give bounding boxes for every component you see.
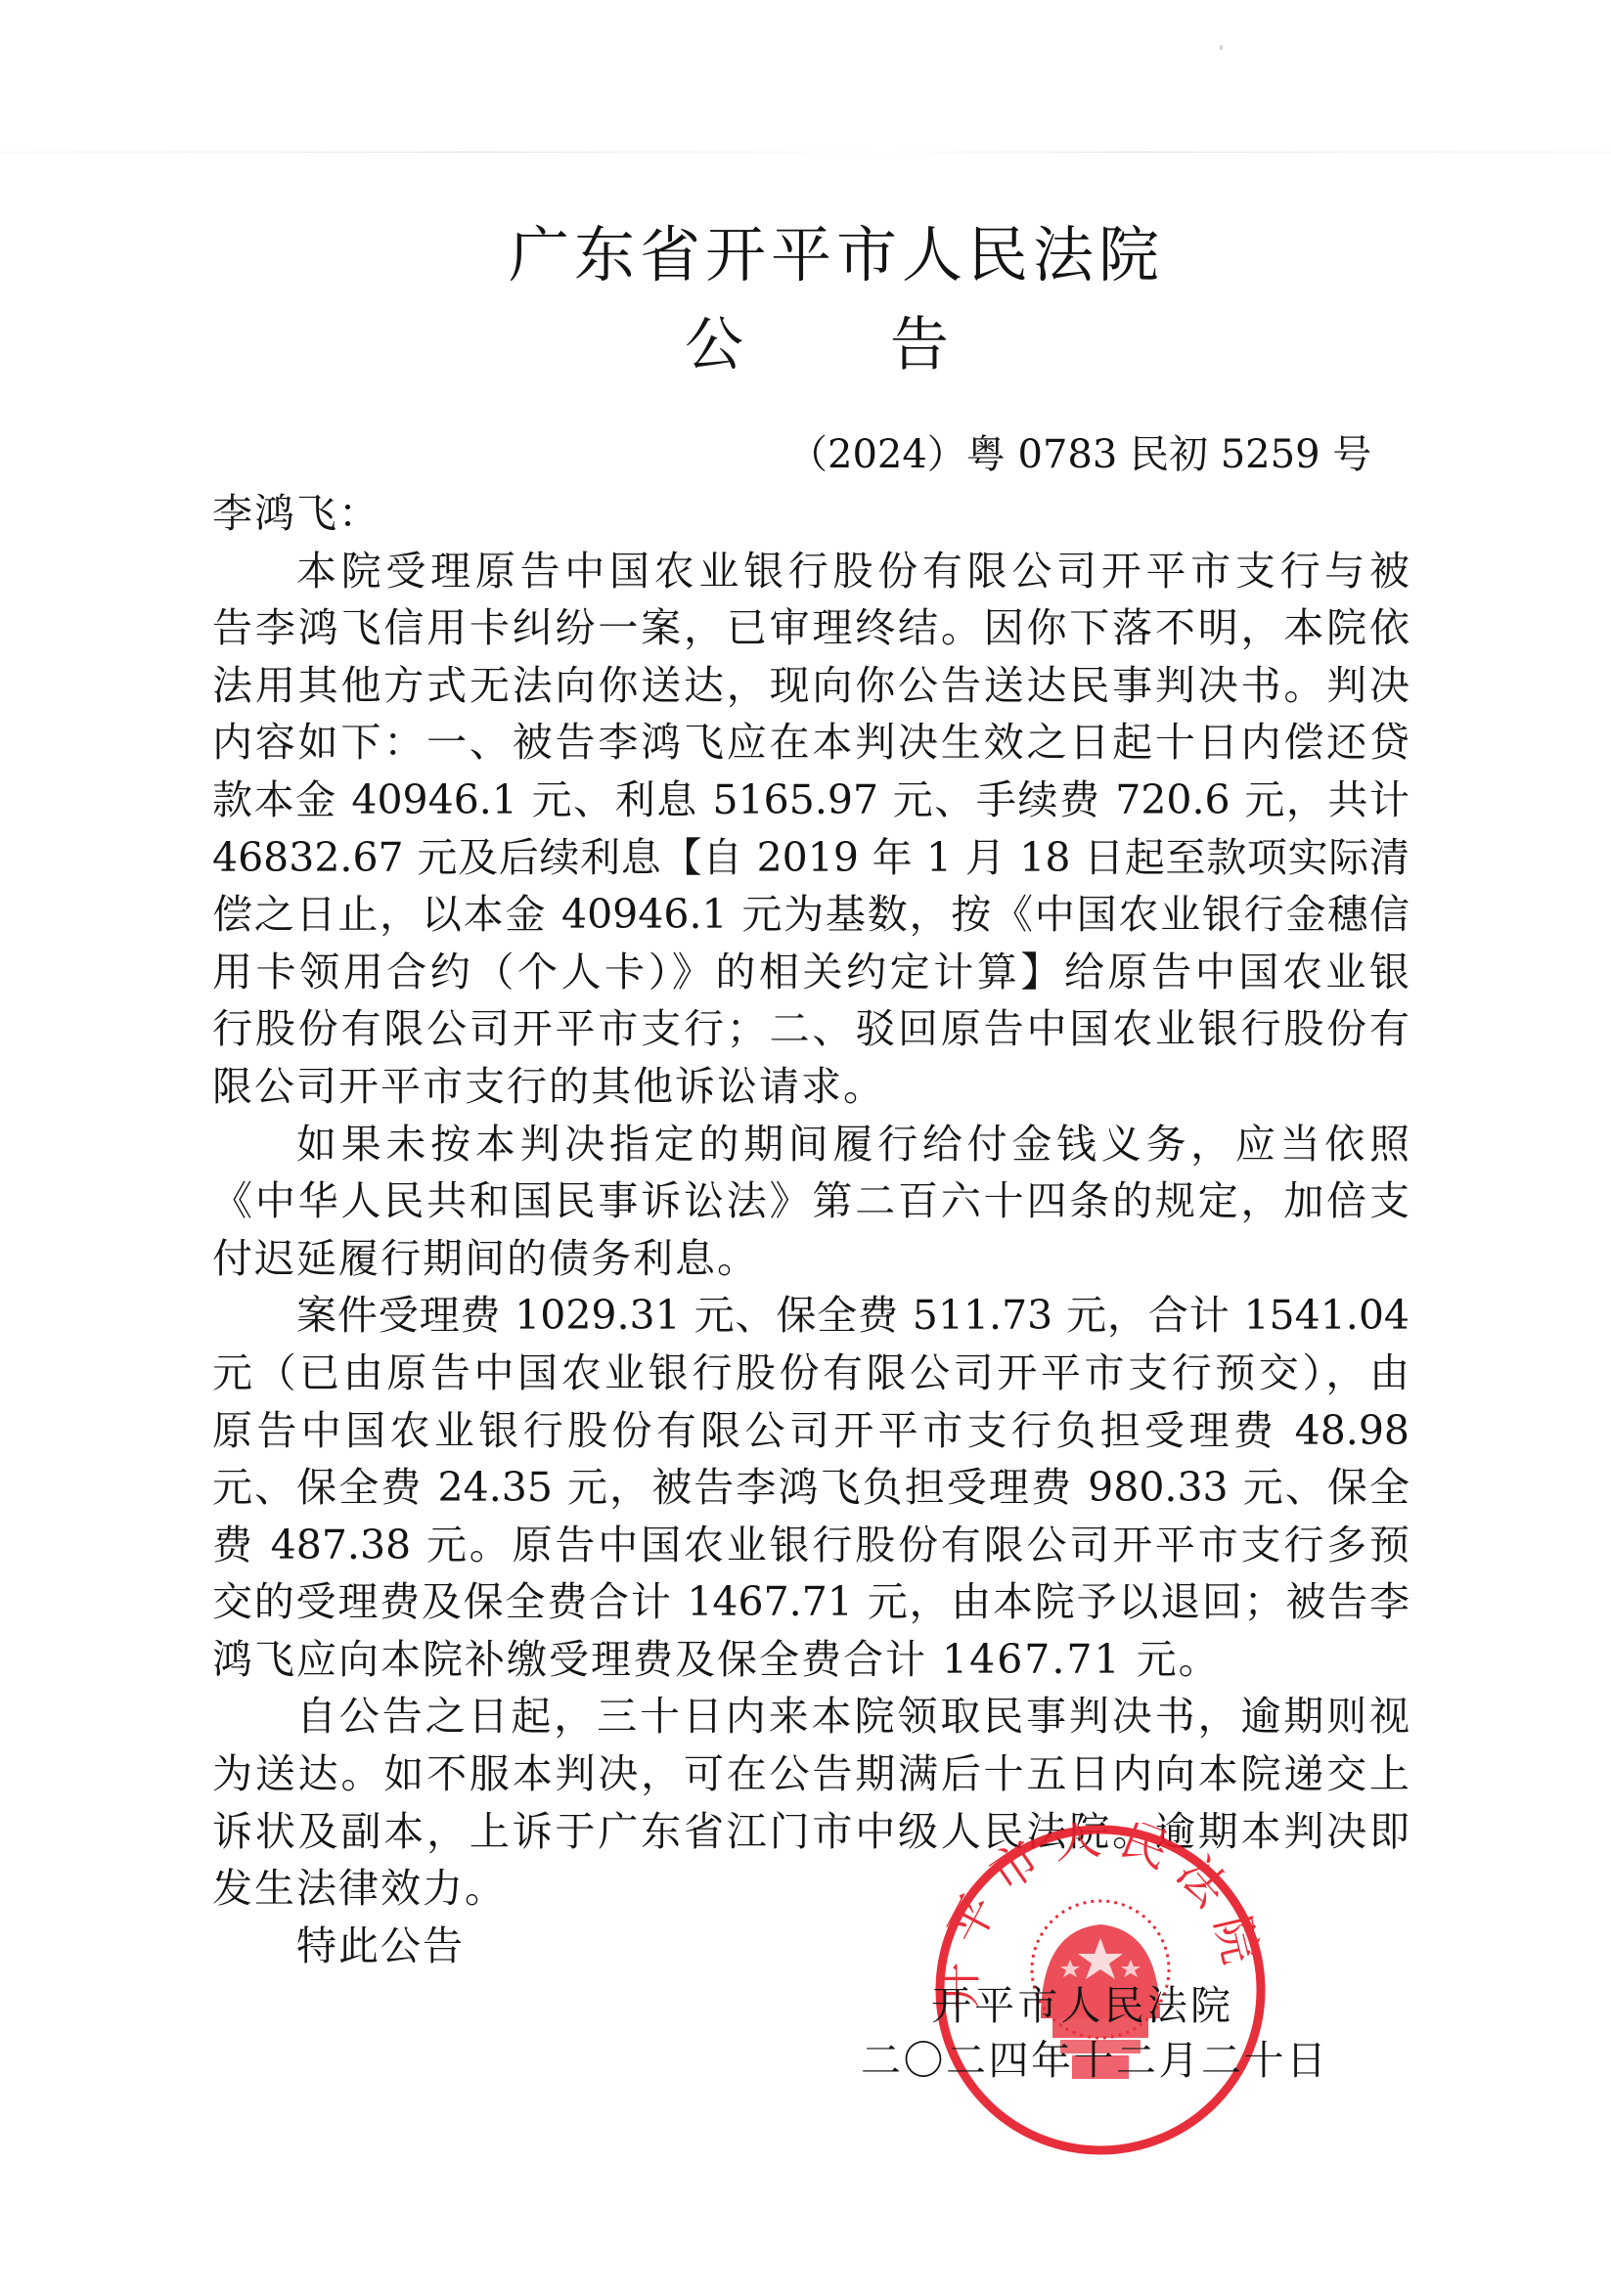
body-line: 自公告之日起，三十日内来本院领取民事判决书，逾期则视: [212, 1688, 1410, 1745]
body-line: 内容如下：一、被告李鸿飞应在本判决生效之日起十日内偿还贷: [212, 714, 1410, 772]
body-line: 偿之日止，以本金 40946.1 元为基数，按《中国农业银行金穗信: [212, 886, 1410, 944]
notice-heading-char-2: 告: [890, 311, 949, 379]
body-line: 法用其他方式无法向你送达，现向你公告送达民事判决书。判决: [212, 657, 1410, 715]
body-line: 行股份有限公司开平市支行；二、驳回原告中国农业银行股份有: [212, 1000, 1410, 1058]
body-line: 告李鸿飞信用卡纠纷一案，已审理终结。因你下落不明，本院依: [212, 599, 1410, 657]
body-line: 付迟延履行期间的债务利息。: [212, 1230, 1410, 1288]
scan-speck: [1220, 45, 1223, 50]
notice-heading: 公 告: [685, 311, 949, 379]
body-line: 为送达。如不服本判决，可在公告期满后十五日内向本院递交上: [212, 1745, 1410, 1803]
body-line: 鸿飞应向本院补缴受理费及保全费合计 1467.71 元。: [212, 1631, 1410, 1689]
issue-date: 二〇二四年十二月二十日: [861, 2036, 1326, 2085]
addressee: 李鸿飞：: [212, 485, 1410, 543]
notice-heading-char-1: 公: [685, 311, 743, 379]
body-line: 本院受理原告中国农业银行股份有限公司开平市支行与被: [212, 543, 1410, 600]
scan-artifact-line: [0, 152, 1611, 153]
court-name-heading: 广东省开平市人民法院: [509, 221, 1115, 289]
issuing-court-signature: 开平市人民法院: [931, 1981, 1231, 2030]
body-line: 费 487.38 元。原告中国农业银行股份有限公司开平市支行多预: [212, 1517, 1410, 1574]
body-line: 限公司开平市支行的其他诉讼请求。: [212, 1058, 1410, 1116]
body-line: 元（已由原告中国农业银行股份有限公司开平市支行预交），由: [212, 1345, 1410, 1402]
body-line: 46832.67 元及后续利息【自 2019 年 1 月 18 日起至款项实际清: [212, 829, 1410, 887]
body-line: 案件受理费 1029.31 元、保全费 511.73 元，合计 1541.04: [212, 1287, 1410, 1345]
body-line: 原告中国农业银行股份有限公司开平市支行负担受理费 48.98: [212, 1402, 1410, 1460]
body-line: 《中华人民共和国民事诉讼法》第二百六十四条的规定，加倍支: [212, 1172, 1410, 1230]
body-line: 款本金 40946.1 元、利息 5165.97 元、手续费 720.6 元，共…: [212, 772, 1410, 829]
body-line: 用卡领用合约（个人卡）》的相关约定计算】给原告中国农业银: [212, 944, 1410, 1001]
body-paragraphs: 本院受理原告中国农业银行股份有限公司开平市支行与被告李鸿飞信用卡纠纷一案，已审理…: [212, 543, 1410, 1975]
notice-body: 李鸿飞： 本院受理原告中国农业银行股份有限公司开平市支行与被告李鸿飞信用卡纠纷一…: [212, 485, 1410, 1974]
body-line: 如果未按本判决指定的期间履行给付金钱义务，应当依照: [212, 1116, 1410, 1173]
case-number: （2024）粤 0783 民初 5259 号: [788, 430, 1338, 479]
body-line: 元、保全费 24.35 元，被告李鸿飞负担受理费 980.33 元、保全: [212, 1459, 1410, 1517]
body-line: 交的受理费及保全费合计 1467.71 元，由本院予以退回；被告李: [212, 1573, 1410, 1631]
